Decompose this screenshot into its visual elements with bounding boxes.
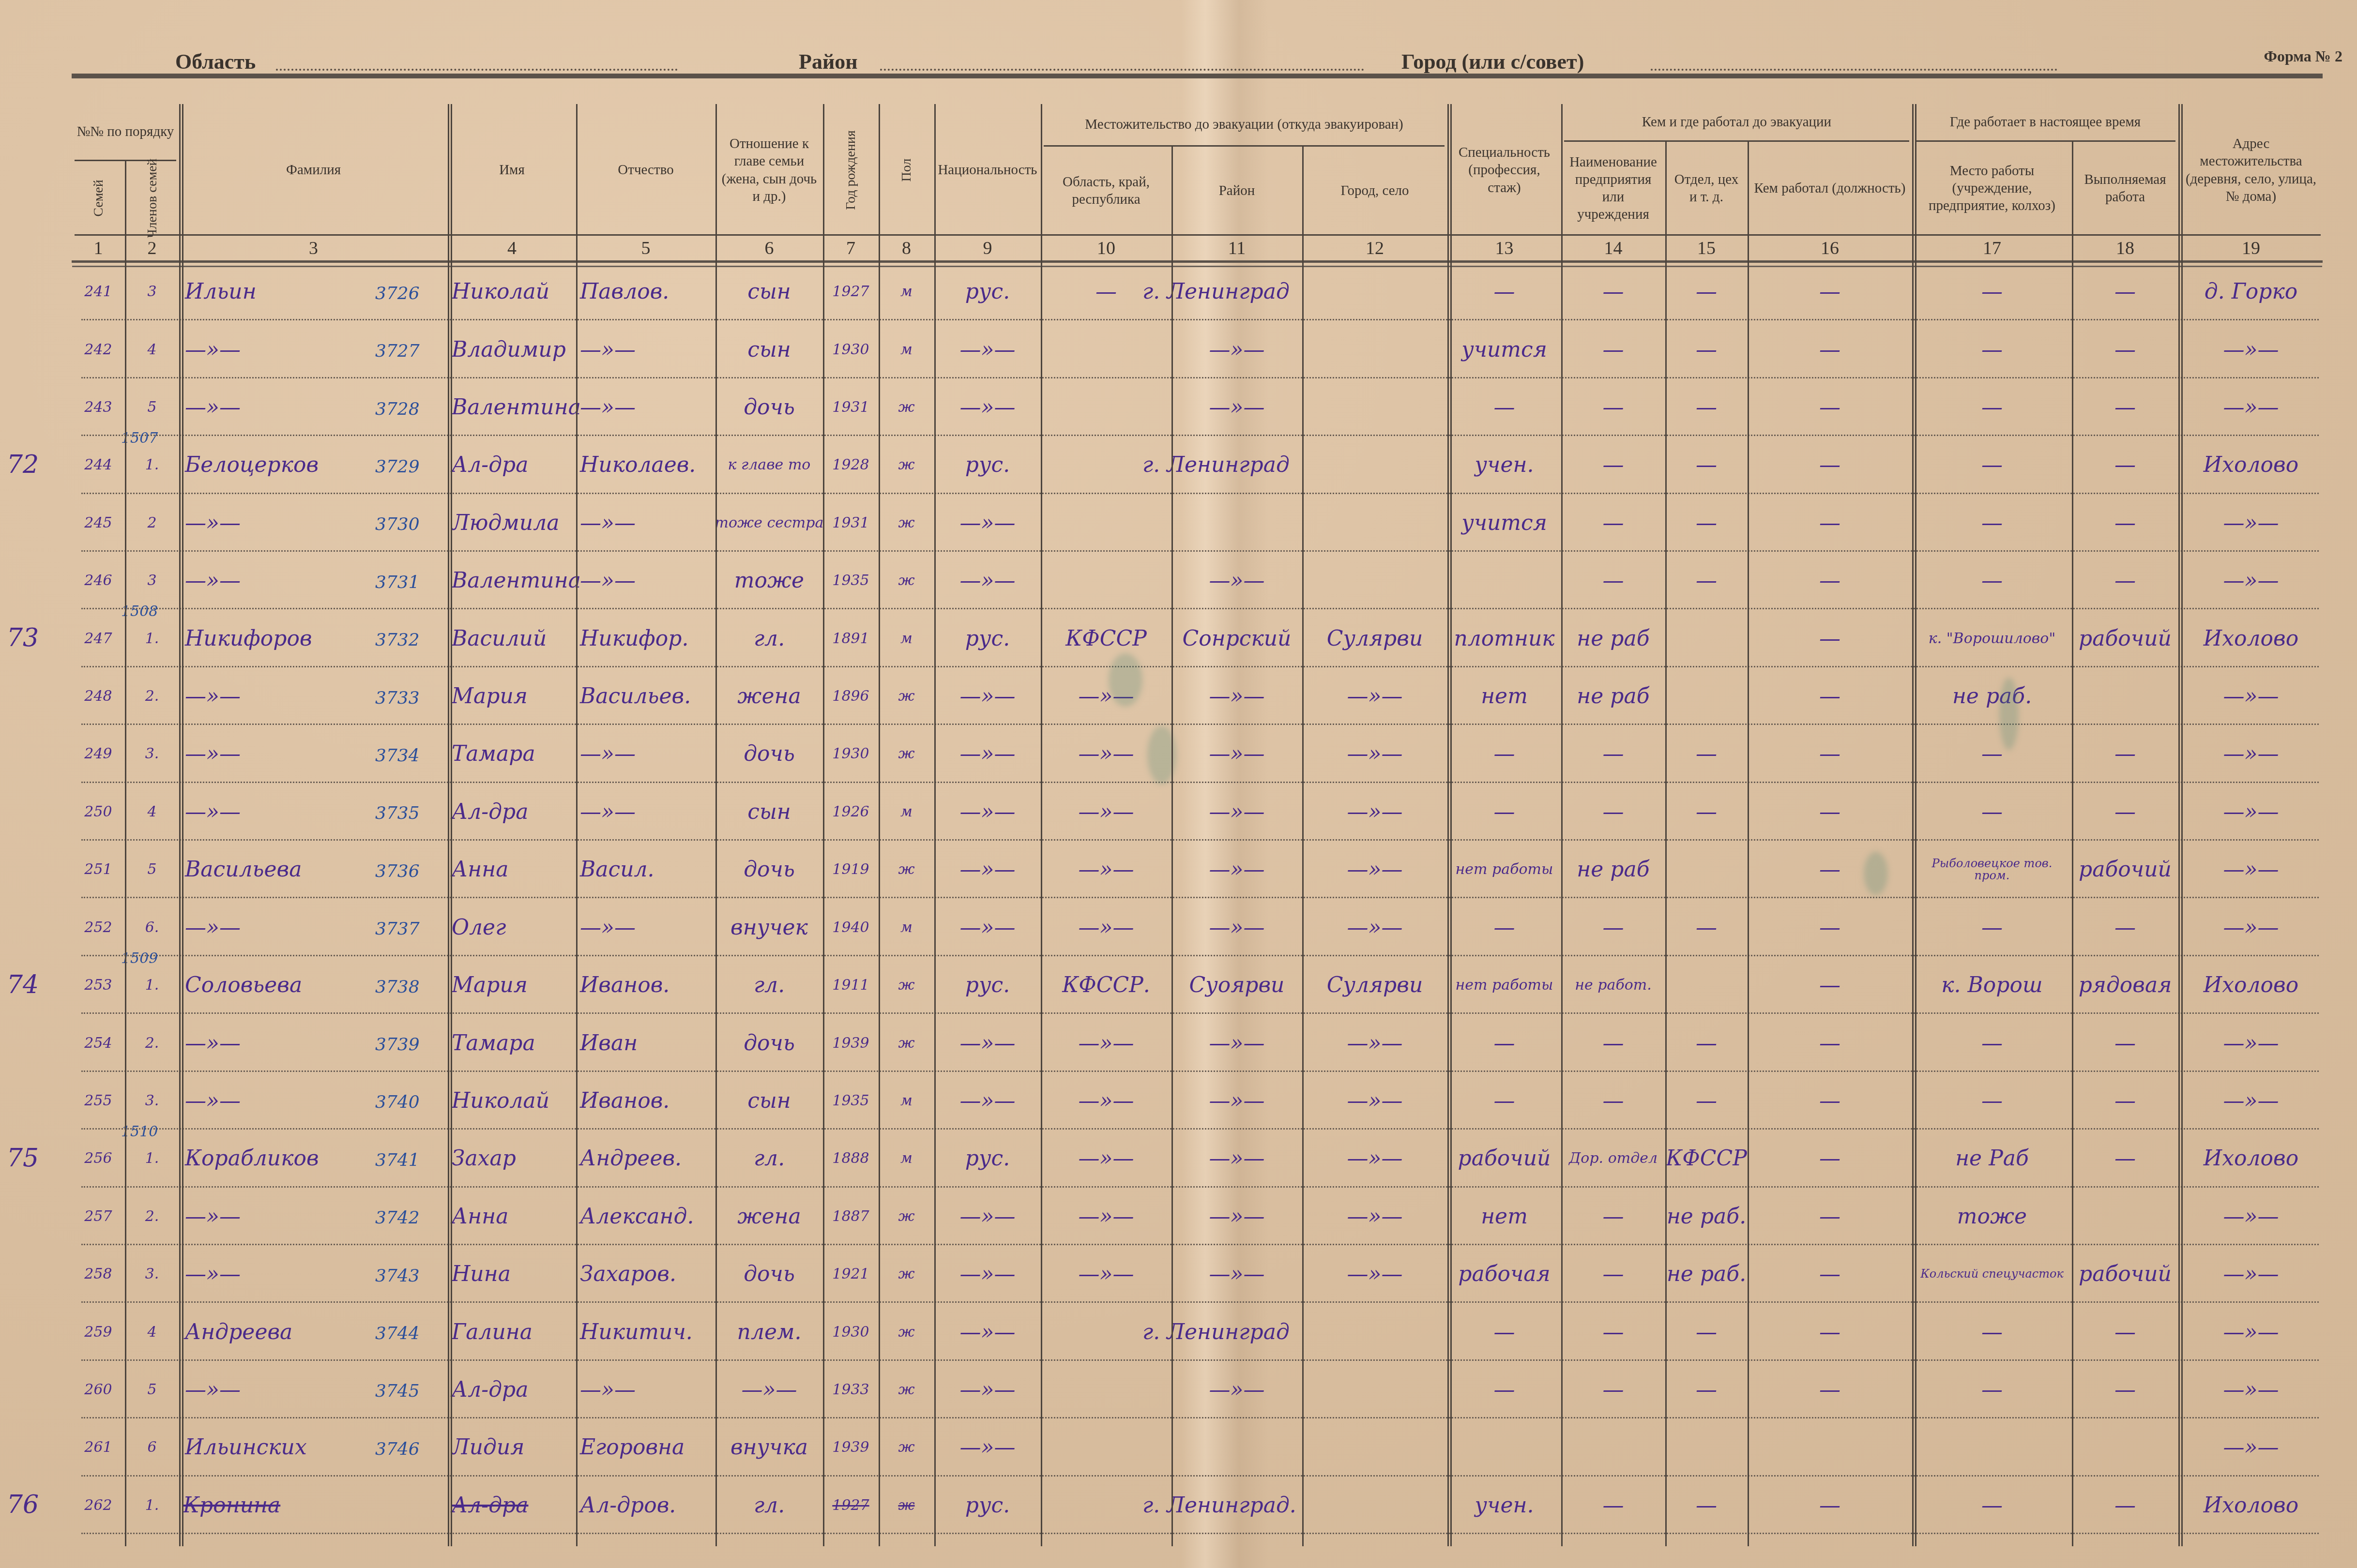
nationality: —»—: [938, 1313, 1037, 1351]
patronymic: Васил.: [580, 851, 712, 889]
patronymic: Павлов.: [580, 273, 712, 311]
city: —»—: [1306, 1024, 1444, 1062]
family-counter: 73: [7, 623, 39, 652]
header-members-text: Членов семей: [144, 158, 161, 238]
registration-number: 3730: [375, 514, 420, 534]
patronymic: Иванов.: [580, 966, 712, 1004]
nationality: рус.: [938, 1140, 1037, 1177]
position: [1751, 1429, 1908, 1466]
header-order-group: №№ по порядку: [72, 104, 179, 160]
patronymic: —»—: [580, 1371, 712, 1408]
header-org-text: Наименование предприятия или учреждения: [1561, 153, 1665, 224]
nationality: рус.: [938, 273, 1037, 311]
specialty: —: [1451, 735, 1557, 773]
surname: —»—: [185, 331, 371, 368]
family-number: 258: [76, 1255, 121, 1293]
organization: —: [1565, 1371, 1661, 1408]
member-number: 2.: [129, 1197, 175, 1235]
position: —: [1751, 446, 1908, 484]
sex: ж: [882, 1255, 930, 1293]
department: не раб.: [1669, 1197, 1744, 1235]
birth-year: 1911: [827, 966, 875, 1004]
table-row: 37442594АндрееваГалинаНикитич.плем.1930ж…: [0, 1305, 2357, 1363]
nationality: —»—: [938, 793, 1037, 830]
position: —: [1751, 678, 1908, 715]
relation: гл.: [719, 1140, 819, 1177]
sex: ж: [882, 1429, 930, 1466]
specialty: плотник: [1451, 619, 1557, 657]
sex: м: [882, 1140, 930, 1177]
city: —»—: [1306, 851, 1444, 889]
surname: —»—: [185, 1024, 371, 1062]
birth-year: 1927: [827, 273, 875, 311]
specialty: учится: [1451, 504, 1557, 542]
table-row: 37302452—»—Людмила—»—тоже сестра1931ж—»—…: [0, 497, 2357, 554]
header-district-text: Район: [1214, 182, 1260, 199]
header-members: Членов семей: [125, 160, 179, 236]
birth-year: 1935: [827, 1082, 875, 1119]
member-number: 4: [129, 793, 175, 830]
row-divider: [81, 666, 2319, 667]
work-done: —: [2076, 1313, 2175, 1351]
address: —»—: [2182, 1024, 2320, 1062]
relation: сын: [719, 1082, 819, 1119]
surname: —»—: [185, 735, 371, 773]
organization: —: [1565, 1197, 1661, 1235]
organization: —: [1565, 562, 1661, 600]
sex: ж: [882, 1197, 930, 1235]
region: [1045, 562, 1168, 600]
organization: —: [1565, 1024, 1661, 1062]
work-done: —: [2076, 1371, 2175, 1408]
header-city-text: Город, село: [1336, 182, 1414, 199]
department: [1669, 966, 1744, 1004]
family-number: 254: [76, 1024, 121, 1062]
patronymic: —»—: [580, 793, 712, 830]
surname: —»—: [185, 678, 371, 715]
column-divider: [125, 160, 126, 1546]
row-divider: [81, 377, 2319, 378]
table-row: 37422572.—»—АннаАлександ.жена1887ж—»——»—…: [0, 1190, 2357, 1248]
specialty: нет: [1451, 1197, 1557, 1235]
family-counter: 76: [7, 1490, 39, 1519]
row-divider: [81, 955, 2319, 956]
header-bottom-rule: [72, 260, 2323, 263]
birth-year: 1921: [827, 1255, 875, 1293]
district: —»—: [1175, 1082, 1298, 1119]
patronymic: —»—: [580, 331, 712, 368]
header-families: Семей: [72, 160, 125, 236]
position: —: [1751, 504, 1908, 542]
city: [1306, 562, 1444, 600]
organization: —: [1565, 273, 1661, 311]
family-number: 245: [76, 504, 121, 542]
work-place: —: [1916, 908, 2068, 946]
registration-number: 3731: [375, 573, 420, 592]
organization: —: [1565, 1313, 1661, 1351]
work-place: —: [1916, 735, 2068, 773]
birth-year: 1930: [827, 331, 875, 368]
member-number: 3.: [129, 1082, 175, 1119]
surname: —»—: [185, 504, 371, 542]
nationality: —»—: [938, 562, 1037, 600]
specialty: учится: [1451, 331, 1557, 368]
table-row: 74150937382531.СоловьеваМарияИванов.гл.1…: [0, 959, 2357, 1016]
member-number: 4: [129, 1313, 175, 1351]
sex: ж: [882, 678, 930, 715]
work-done: [2076, 1429, 2175, 1466]
registration-number: 3737: [375, 919, 420, 939]
first-name: Захар: [452, 1140, 572, 1177]
region: —»—: [1045, 1024, 1168, 1062]
department: не раб.: [1669, 1255, 1744, 1293]
district: —»—: [1175, 1024, 1298, 1062]
header-work-place: Место работы (учреждение, предприятие, к…: [1912, 140, 2072, 236]
column-divider: [1171, 145, 1173, 1546]
family-counter: 72: [7, 450, 39, 479]
header-specialty: Специальность (профессия, стаж): [1447, 104, 1561, 236]
birth-year: 1931: [827, 389, 875, 426]
first-name: Людмила: [452, 504, 572, 542]
organization: —: [1565, 331, 1661, 368]
column-number: 15: [1665, 236, 1748, 260]
department: КФССР: [1669, 1140, 1744, 1177]
district: Суоярви: [1175, 966, 1298, 1004]
registration-number: 3742: [375, 1208, 420, 1228]
work-done: рабочий: [2076, 1255, 2175, 1293]
first-name: Олег: [452, 908, 572, 946]
table-row: 37272424—»—Владимир—»—сын1930м—»——»—учит…: [0, 323, 2357, 380]
city: —»—: [1306, 1197, 1444, 1235]
registration-number: 3739: [375, 1035, 420, 1055]
member-number: 2: [129, 504, 175, 542]
work-done: рабочий: [2076, 851, 2175, 889]
birth-year: 1930: [827, 1313, 875, 1351]
surname: Ильин: [185, 273, 371, 311]
row-divider: [81, 1012, 2319, 1014]
header-birth-year-text: Год рождения: [842, 130, 859, 210]
registration-number: 3733: [375, 688, 420, 708]
member-number: 5: [129, 1371, 175, 1408]
relation: —»—: [719, 1371, 819, 1408]
district: —»—: [1175, 562, 1298, 600]
header-sex-text: Пол: [898, 159, 915, 182]
address: —»—: [2182, 504, 2320, 542]
region: [1045, 504, 1168, 542]
surname: —»—: [185, 562, 371, 600]
birth-year: 1933: [827, 1371, 875, 1408]
position: —: [1751, 619, 1908, 657]
work-done: рабочий: [2076, 619, 2175, 657]
header-region: Область, край, республика: [1041, 145, 1171, 236]
family-number: 262: [76, 1486, 121, 1524]
row-divider: [81, 1070, 2319, 1072]
birth-year: 1926: [827, 793, 875, 830]
row-divider: [81, 608, 2319, 609]
header-patronymic: Отчество: [576, 104, 715, 236]
archive-number: 1509: [121, 950, 158, 967]
specialty: нет: [1451, 678, 1557, 715]
relation: гл.: [719, 619, 819, 657]
position: —: [1751, 1486, 1908, 1524]
first-name: Тамара: [452, 735, 572, 773]
organization: [1565, 1429, 1661, 1466]
first-name: Ал-дра: [452, 793, 572, 830]
header-nationality-text: Национальность: [933, 161, 1042, 179]
specialty: —: [1451, 908, 1557, 946]
region: [1045, 331, 1168, 368]
patronymic: Никитич.: [580, 1313, 712, 1351]
header-relation: Отношение к главе семьи (жена, сын дочь …: [715, 104, 823, 236]
header-relation-text: Отношение к главе семьи (жена, сын дочь …: [715, 135, 823, 205]
column-divider: [1561, 104, 1563, 1546]
address: Ихолово: [2182, 1140, 2320, 1177]
member-number: 6: [129, 1429, 175, 1466]
birth-year: 1939: [827, 1024, 875, 1062]
member-number: 1.: [129, 619, 175, 657]
region: [1045, 389, 1168, 426]
nationality: рус.: [938, 966, 1037, 1004]
department: —: [1669, 1486, 1744, 1524]
organization: —: [1565, 1255, 1661, 1293]
district: —»—: [1175, 1371, 1298, 1408]
archive-number: 1510: [121, 1123, 158, 1140]
organization: не раб: [1565, 678, 1661, 715]
organization: —: [1565, 793, 1661, 830]
row-divider: [81, 1533, 2319, 1534]
header-address: Адрес местожительства (деревня, село, ул…: [2178, 104, 2324, 236]
surname: —»—: [185, 389, 371, 426]
ink-stain: [1864, 852, 1888, 895]
header-specialty-text: Специальность (профессия, стаж): [1447, 144, 1561, 196]
department: —: [1669, 562, 1744, 600]
work-place: —: [1916, 562, 2068, 600]
department: —: [1669, 793, 1744, 830]
district: [1175, 1429, 1298, 1466]
work-place: Рыболовецкое тов. пром.: [1916, 851, 2068, 889]
row-divider: [81, 1475, 2319, 1477]
specialty: —: [1451, 1082, 1557, 1119]
header-org: Наименование предприятия или учреждения: [1561, 140, 1665, 236]
table-row: 37452605—»—Ал-дра—»——»—1933ж—»——»———————…: [0, 1363, 2357, 1421]
address: —»—: [2182, 1371, 2320, 1408]
sex: ж: [882, 966, 930, 1004]
nationality: рус.: [938, 1486, 1037, 1524]
work-done: —: [2076, 1140, 2175, 1177]
column-divider: [1912, 104, 1914, 1546]
work-place: не Раб: [1916, 1140, 2068, 1177]
specialty: нет работы: [1451, 851, 1557, 889]
header-surname: Фамилия: [179, 104, 448, 236]
district: —»—: [1175, 1140, 1298, 1177]
work-place: —: [1916, 793, 2068, 830]
nationality: —»—: [938, 1255, 1037, 1293]
district: —»—: [1175, 389, 1298, 426]
region: [1045, 1429, 1168, 1466]
ink-stain: [1109, 653, 1142, 707]
surname: —»—: [185, 793, 371, 830]
family-number: 261: [76, 1429, 121, 1466]
row-divider: [81, 1359, 2319, 1361]
birth-year: 1931: [827, 504, 875, 542]
table-row: 37372526.—»—Олег—»—внучек1940м—»——»——»——…: [0, 901, 2357, 959]
header-surname-text: Фамилия: [281, 161, 346, 179]
column-divider: [1665, 140, 1667, 1546]
row-divider: [81, 435, 2319, 436]
header-order-group-text: №№ по порядку: [77, 123, 174, 140]
address: —»—: [2182, 678, 2320, 715]
address: —»—: [2182, 851, 2320, 889]
organization: —: [1565, 908, 1661, 946]
patronymic: Захаров.: [580, 1255, 712, 1293]
header-residence-group-text: Местожительство до эвакуации (откуда эва…: [1085, 116, 1403, 133]
row-divider: [81, 1301, 2319, 1303]
registration-number: 3726: [375, 284, 420, 303]
work-place: Кольский спецучасток: [1916, 1255, 2068, 1293]
nationality: рус.: [938, 619, 1037, 657]
birth-year: 1939: [827, 1429, 875, 1466]
relation: гл.: [719, 966, 819, 1004]
header-position-text: Кем работал (должность): [1749, 180, 1910, 197]
city: г. Ленинград: [1142, 1313, 1438, 1351]
header-prework-group-text: Кем и где работал до эвакуации: [1642, 114, 1831, 131]
first-name: Василий: [452, 619, 572, 657]
member-number: 1.: [129, 966, 175, 1004]
city: —»—: [1306, 793, 1444, 830]
specialty: рабочая: [1451, 1255, 1557, 1293]
city-label: Город (или с/совет): [1401, 49, 1584, 74]
birth-year: 1928: [827, 446, 875, 484]
surname: Корабликов: [185, 1140, 371, 1177]
surname: Кронина: [183, 1486, 444, 1524]
address: —»—: [2182, 562, 2320, 600]
address: —»—: [2182, 1255, 2320, 1293]
family-number: 241: [76, 273, 121, 311]
work-place: —: [1916, 273, 2068, 311]
member-number: 3: [129, 562, 175, 600]
address: Ихолово: [2182, 619, 2320, 657]
column-number: 11: [1171, 236, 1302, 260]
region: —»—: [1045, 1082, 1168, 1119]
city: —»—: [1306, 735, 1444, 773]
column-number: 4: [448, 236, 576, 260]
member-number: 3: [129, 273, 175, 311]
raion-label: Район: [799, 49, 858, 74]
position: —: [1751, 735, 1908, 773]
relation: сын: [719, 793, 819, 830]
work-place: не раб.: [1916, 678, 2068, 715]
surname: Соловьева: [185, 966, 371, 1004]
row-divider: [81, 839, 2319, 841]
specialty: —: [1451, 1313, 1557, 1351]
department: —: [1669, 273, 1744, 311]
work-done: —: [2076, 273, 2175, 311]
row-divider: [81, 493, 2319, 494]
column-divider: [576, 104, 578, 1546]
address: —»—: [2182, 331, 2320, 368]
registration-number: 3741: [375, 1150, 420, 1170]
specialty: —: [1451, 1024, 1557, 1062]
address: —»—: [2182, 1082, 2320, 1119]
first-name: Мария: [452, 966, 572, 1004]
work-place: —: [1916, 1313, 2068, 1351]
work-place: —: [1916, 504, 2068, 542]
address: —»—: [2182, 389, 2320, 426]
registration-number: 3734: [375, 746, 420, 766]
position: —: [1751, 966, 1908, 1004]
archive-number: 1508: [121, 603, 158, 620]
relation: тоже: [719, 562, 819, 600]
sex: ж: [882, 389, 930, 426]
region: [1045, 1371, 1168, 1408]
relation: жена: [719, 1197, 819, 1235]
column-number: 7: [823, 236, 879, 260]
position: —: [1751, 273, 1908, 311]
work-done: —: [2076, 908, 2175, 946]
column-divider: [179, 104, 181, 1546]
work-done: рядовая: [2076, 966, 2175, 1004]
first-name: Ал-дра: [452, 1371, 572, 1408]
district: —»—: [1175, 331, 1298, 368]
work-done: —: [2076, 562, 2175, 600]
column-number: 13: [1447, 236, 1561, 260]
position: —: [1751, 331, 1908, 368]
family-number: 242: [76, 331, 121, 368]
specialty: [1451, 1429, 1557, 1466]
city: [1306, 331, 1444, 368]
sex: м: [882, 793, 930, 830]
member-number: 6.: [129, 908, 175, 946]
work-place: —: [1916, 1024, 2068, 1062]
relation: дочь: [719, 1255, 819, 1293]
region: —»—: [1045, 678, 1168, 715]
registration-number: 3735: [375, 803, 420, 823]
specialty: учен.: [1451, 446, 1557, 484]
family-number: 252: [76, 908, 121, 946]
table-row: 72150737292441.БелоцерковАл-драНиколаев.…: [0, 438, 2357, 496]
header-name: Имя: [448, 104, 576, 236]
nationality: —»—: [938, 331, 1037, 368]
birth-year: 1896: [827, 678, 875, 715]
header-top-rule: [72, 74, 2323, 78]
work-done: —: [2076, 331, 2175, 368]
nationality: —»—: [938, 1197, 1037, 1235]
sex: ж: [882, 562, 930, 600]
family-number: 244: [76, 446, 121, 484]
position: —: [1751, 1371, 1908, 1408]
department: —: [1669, 1024, 1744, 1062]
position: —: [1751, 1024, 1908, 1062]
family-number: 249: [76, 735, 121, 773]
first-name: Анна: [452, 851, 572, 889]
department: —: [1669, 446, 1744, 484]
nationality: —»—: [938, 908, 1037, 946]
family-number: 253: [76, 966, 121, 1004]
work-place: —: [1916, 1082, 2068, 1119]
department: —: [1669, 504, 1744, 542]
sex: ж: [882, 735, 930, 773]
first-name: Тамара: [452, 1024, 572, 1062]
family-number: 243: [76, 389, 121, 426]
column-number: 6: [715, 236, 823, 260]
relation: сын: [719, 331, 819, 368]
registration-number: 3743: [375, 1266, 420, 1286]
relation: внучек: [719, 908, 819, 946]
department: [1669, 678, 1744, 715]
header-residence-group: Местожительство до эвакуации (откуда эва…: [1041, 104, 1447, 145]
family-number: 251: [76, 851, 121, 889]
family-number: 256: [76, 1140, 121, 1177]
